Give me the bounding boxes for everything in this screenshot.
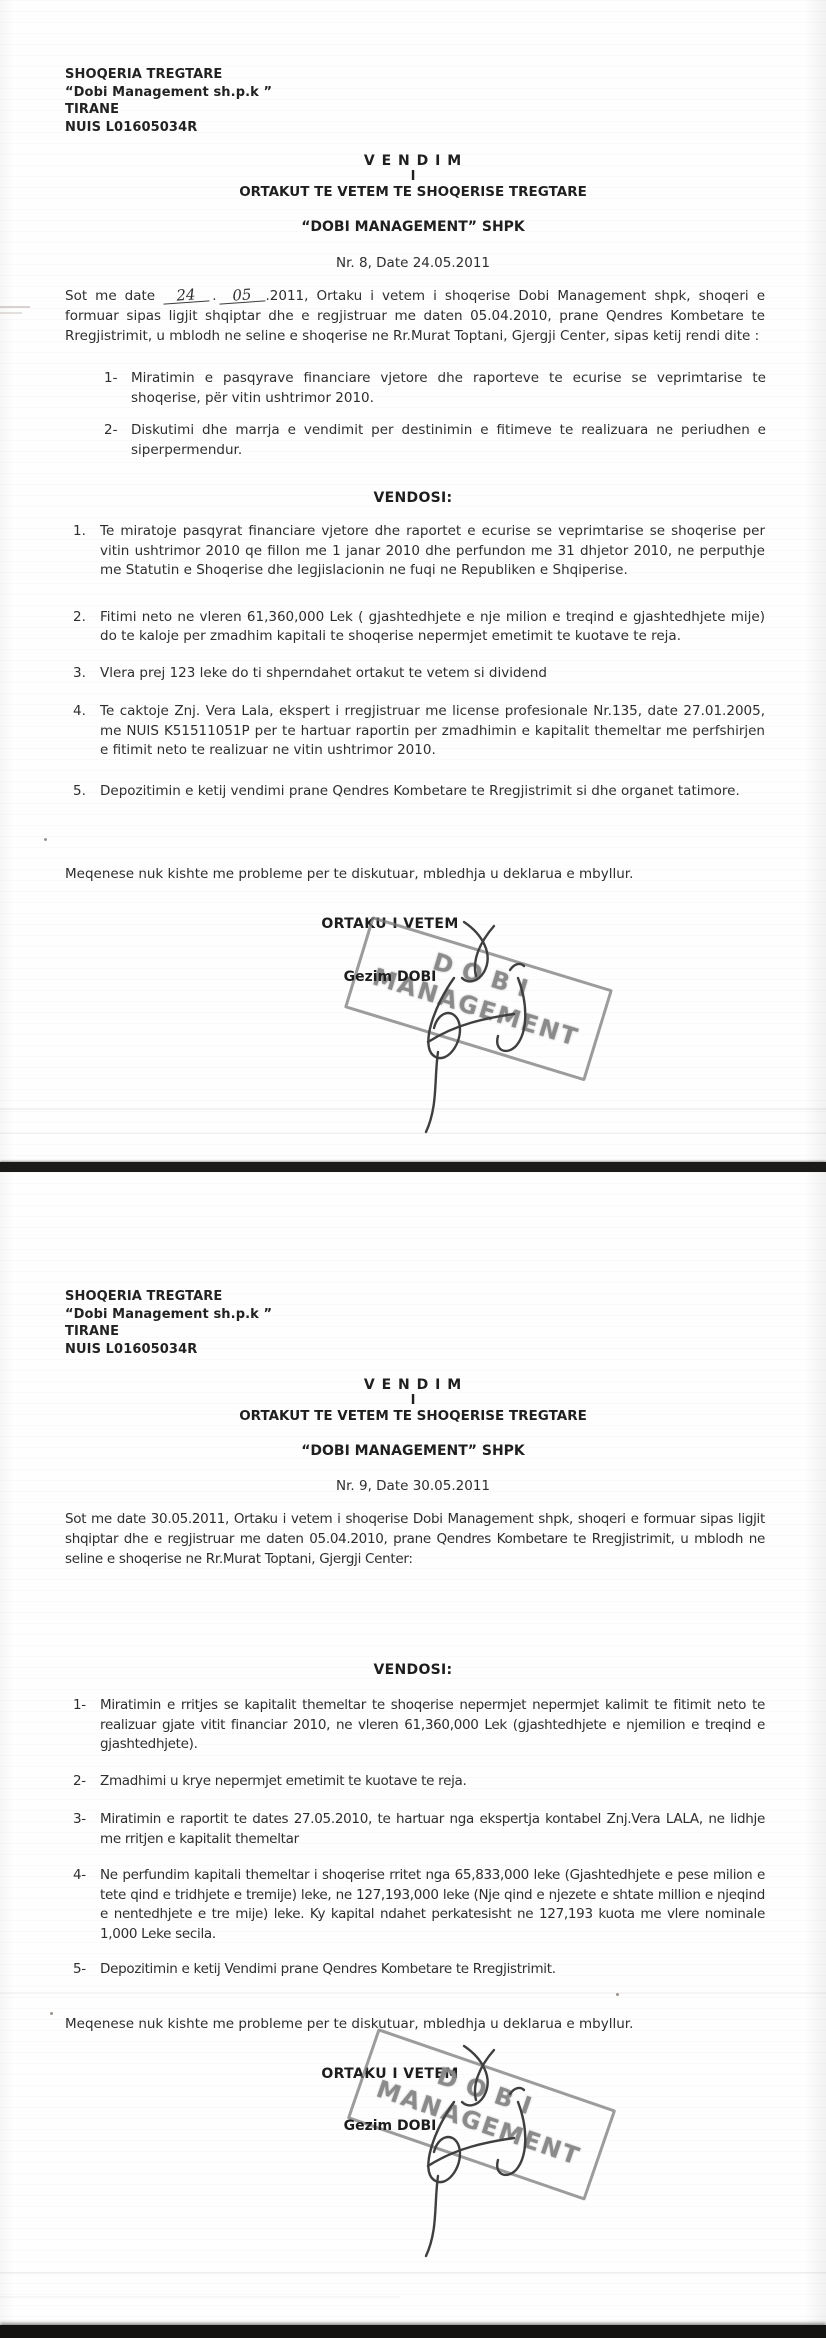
company-name-heading: “DOBI MANAGEMENT” SHPK [63,219,763,235]
decision-item-text: Miratimin e rritjes se kapitalit themelt… [100,1696,765,1755]
letterhead-company-name: “Dobi Management sh.p.k ” [65,1306,272,1324]
agenda-item: 2- Diskutimi dhe marrja e vendimit per d… [104,421,766,460]
scan-artifact [616,1993,619,1996]
decision-item-text: Depozitimin e ketij vendimi prane Qendre… [100,782,765,802]
intro-paragraph: Sot me date 30.05.2011, Ortaku i vetem i… [65,1509,765,1569]
decision-item-number: 1- [73,1696,86,1716]
letterhead: SHOQERIA TREGTARE “Dobi Management sh.p.… [65,1288,272,1358]
letterhead-nuis: NUIS L01605034R [65,119,272,137]
decision-item-number: 3- [73,1810,86,1830]
scan-artifact [0,1108,826,1110]
page-separator [0,1162,826,1172]
decision-item: 5- Depozitimin e ketij Vendimi prane Qen… [73,1960,765,1980]
company-stamp: DOBI MANAGEMENT [344,916,613,1081]
decision-item: 2. Fitimi neto ne vleren 61,360,000 Lek … [73,608,765,647]
closing-statement: Meqenese nuk kishte me probleme per te d… [65,866,775,882]
handwritten-month: 05 [219,286,266,304]
letterhead-company-type: SHOQERIA TREGTARE [65,66,272,84]
decision-number-line: Nr. 9, Date 30.05.2011 [63,1478,763,1494]
decision-item: 5. Depozitimin e ketij vendimi prane Qen… [73,782,765,802]
intro-paragraph: Sot me date 24.05.2011, Ortaku i vetem i… [65,286,765,346]
scan-bottom-edge [0,2325,826,2338]
scan-artifact [0,2272,826,2274]
decision-item-text: Miratimin e raportit te dates 27.05.2010… [100,1810,765,1849]
handwritten-day: 24 [163,286,210,304]
decision-item-text: Depozitimin e ketij Vendimi prane Qendre… [100,1960,765,1980]
agenda-item-number: 1- [104,369,117,389]
decision-item: 1- Miratimin e rritjes se kapitalit them… [73,1696,765,1755]
intro-prefix: Sot me date [65,288,155,304]
scan-artifact [44,838,47,841]
document-page-1: SHOQERIA TREGTARE “Dobi Management sh.p.… [0,0,826,1162]
decision-item: 4- Ne perfundim kapitali themeltar i sho… [73,1866,765,1944]
scan-artifact [0,2296,400,2298]
scan-artifact [0,306,30,308]
decision-item-number: 1. [73,522,86,542]
decision-item: 3. Vlera prej 123 leke do ti shperndahet… [73,664,765,684]
letterhead: SHOQERIA TREGTARE “Dobi Management sh.p.… [65,66,272,136]
decision-item-text: Ne perfundim kapitali themeltar i shoqer… [100,1866,765,1944]
decision-item-text: Te miratoje pasqyrat financiare vjetore … [100,522,765,581]
document-title: V E N D I M I ORTAKUT TE VETEM TE SHOQER… [63,154,763,200]
decision-item: 2- Zmadhimi u krye nepermjet emetimit te… [73,1772,765,1792]
decision-item-number: 5. [73,782,86,802]
decision-item-number: 2. [73,608,86,628]
title-ortakut: ORTAKUT TE VETEM TE SHOQERISE TREGTARE [63,1408,763,1424]
scan-artifact [0,1992,826,1994]
decision-item-number: 2- [73,1772,86,1792]
letterhead-city: TIRANE [65,1323,272,1341]
scan-artifact [0,1132,826,1134]
decision-item-number: 4- [73,1866,86,1886]
title-ortakut: ORTAKUT TE VETEM TE SHOQERISE TREGTARE [63,184,763,200]
decision-number-line: Nr. 8, Date 24.05.2011 [63,255,763,271]
letterhead-city: TIRANE [65,101,272,119]
scan-artifact [50,2012,53,2015]
company-stamp: DOBI MANAGEMENT [347,2028,617,2201]
decision-item: 1. Te miratoje pasqyrat financiare vjeto… [73,522,765,581]
closing-statement: Meqenese nuk kishte me probleme per te d… [65,2016,775,2032]
scan-artifact [0,312,22,314]
decisions-list: 1. Te miratoje pasqyrat financiare vjeto… [73,522,765,801]
decision-item-number: 3. [73,664,86,684]
decision-item: 3- Miratimin e raportit te dates 27.05.2… [73,1810,765,1849]
scanned-document: SHOQERIA TREGTARE “Dobi Management sh.p.… [0,0,826,2338]
agenda-item: 1- Miratimin e pasqyrave financiare vjet… [104,369,766,408]
signer-name: Gezim DOBI [40,969,740,985]
document-title: V E N D I M I ORTAKUT TE VETEM TE SHOQER… [63,1378,763,1424]
decision-item-number: 5- [73,1960,86,1980]
document-page-2: SHOQERIA TREGTARE “Dobi Management sh.p.… [0,1172,826,2325]
decisions-list: 1- Miratimin e rritjes se kapitalit them… [73,1696,765,1980]
agenda-item-number: 2- [104,421,117,441]
letterhead-company-name: “Dobi Management sh.p.k ” [65,84,272,102]
agenda-list: 1- Miratimin e pasqyrave financiare vjet… [104,369,766,473]
title-vendim: V E N D I M [63,154,763,169]
decision-item-text: Te caktoje Znj. Vera Lala, ekspert i rre… [100,702,765,761]
company-name-heading: “DOBI MANAGEMENT” SHPK [63,1443,763,1459]
decision-item-text: Fitimi neto ne vleren 61,360,000 Lek ( g… [100,608,765,647]
signer-name: Gezim DOBI [40,2118,740,2134]
decision-item-text: Zmadhimi u krye nepermjet emetimit te ku… [100,1772,765,1792]
title-i: I [63,169,763,184]
decision-item-text: Vlera prej 123 leke do ti shperndahet or… [100,664,765,684]
decision-item-number: 4. [73,702,86,722]
letterhead-nuis: NUIS L01605034R [65,1341,272,1359]
decision-item: 4. Te caktoje Znj. Vera Lala, ekspert i … [73,702,765,761]
vendosi-heading: VENDOSI: [63,1662,763,1678]
letterhead-company-type: SHOQERIA TREGTARE [65,1288,272,1306]
agenda-item-text: Diskutimi dhe marrja e vendimit per dest… [131,421,766,460]
title-vendim: V E N D I M [63,1378,763,1393]
title-i: I [63,1393,763,1408]
vendosi-heading: VENDOSI: [63,490,763,506]
agenda-item-text: Miratimin e pasqyrave financiare vjetore… [131,369,766,408]
